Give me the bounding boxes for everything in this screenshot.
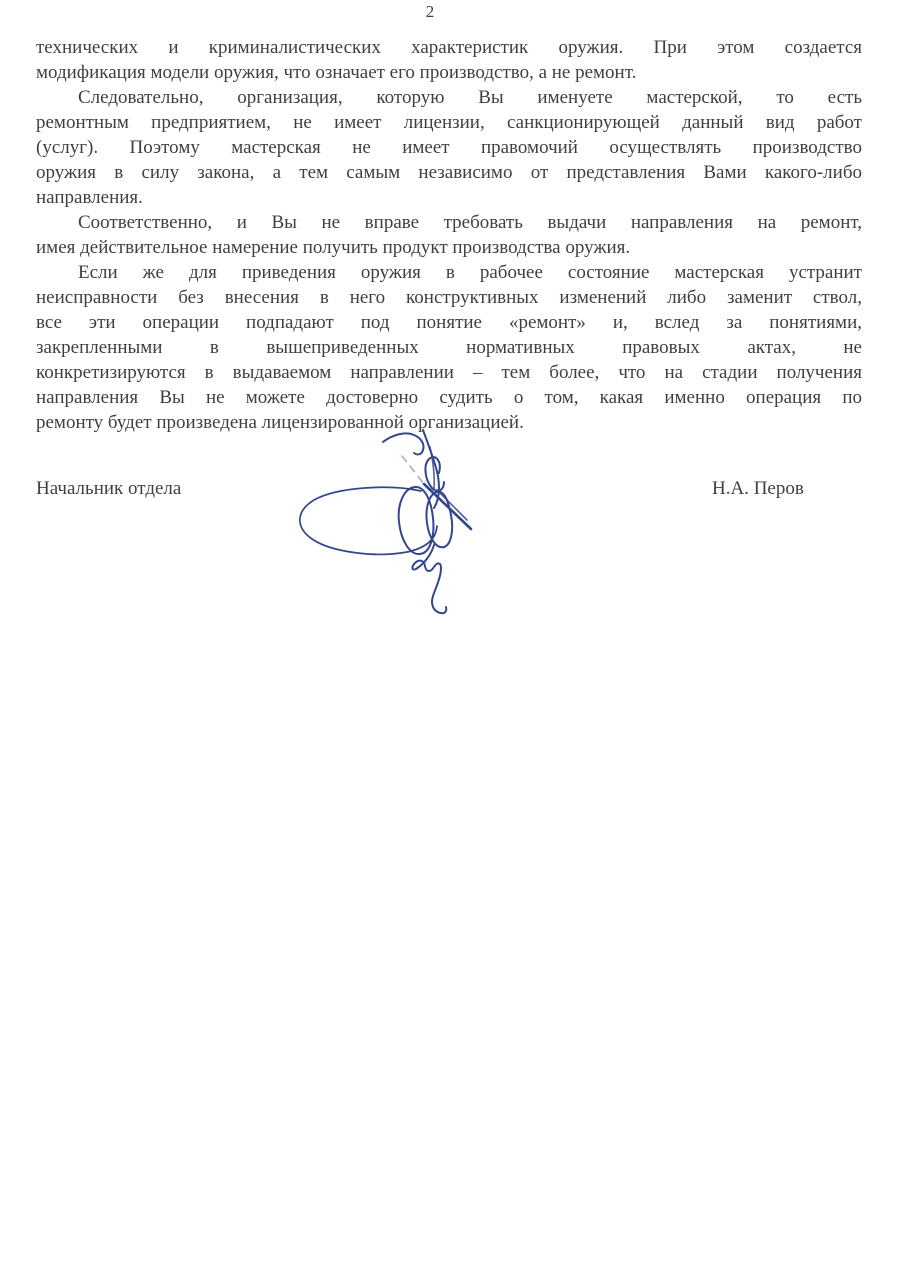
- text-line: направления Вы не можете достоверно суди…: [36, 385, 862, 410]
- text-line: все эти операции подпадают под понятие «…: [36, 310, 862, 335]
- text-line: Следовательно, организация, которую Вы и…: [36, 85, 862, 110]
- text-line: имея действительное намерение получить п…: [36, 235, 862, 260]
- text-line: направления.: [36, 185, 862, 210]
- text-line: (услуг). Поэтому мастерская не имеет пра…: [36, 135, 862, 160]
- text-line: неисправности без внесения в него констр…: [36, 285, 862, 310]
- text-line: оружия в силу закона, а тем самым незави…: [36, 160, 862, 185]
- text-line: конкретизируются в выдаваемом направлени…: [36, 360, 862, 385]
- signer-name: Н.А. Перов: [712, 476, 804, 501]
- letter-body: технических и криминалистических характе…: [36, 35, 862, 435]
- page-number: 2: [0, 1, 898, 23]
- text-line: ремонту будет произведена лицензированно…: [36, 410, 862, 435]
- text-line: закрепленными в вышеприведенных норматив…: [36, 335, 862, 360]
- text-line: модификация модели оружия, что означает …: [36, 60, 862, 85]
- text-line: технических и криминалистических характе…: [36, 35, 862, 60]
- signer-position-title: Начальник отдела: [36, 476, 181, 501]
- text-line: Если же для приведения оружия в рабочее …: [36, 260, 862, 285]
- text-line: Соответственно, и Вы не вправе требовать…: [36, 210, 862, 235]
- text-line: ремонтным предприятием, не имеет лицензи…: [36, 110, 862, 135]
- document-page: 2 технических и криминалистических харак…: [0, 0, 898, 1280]
